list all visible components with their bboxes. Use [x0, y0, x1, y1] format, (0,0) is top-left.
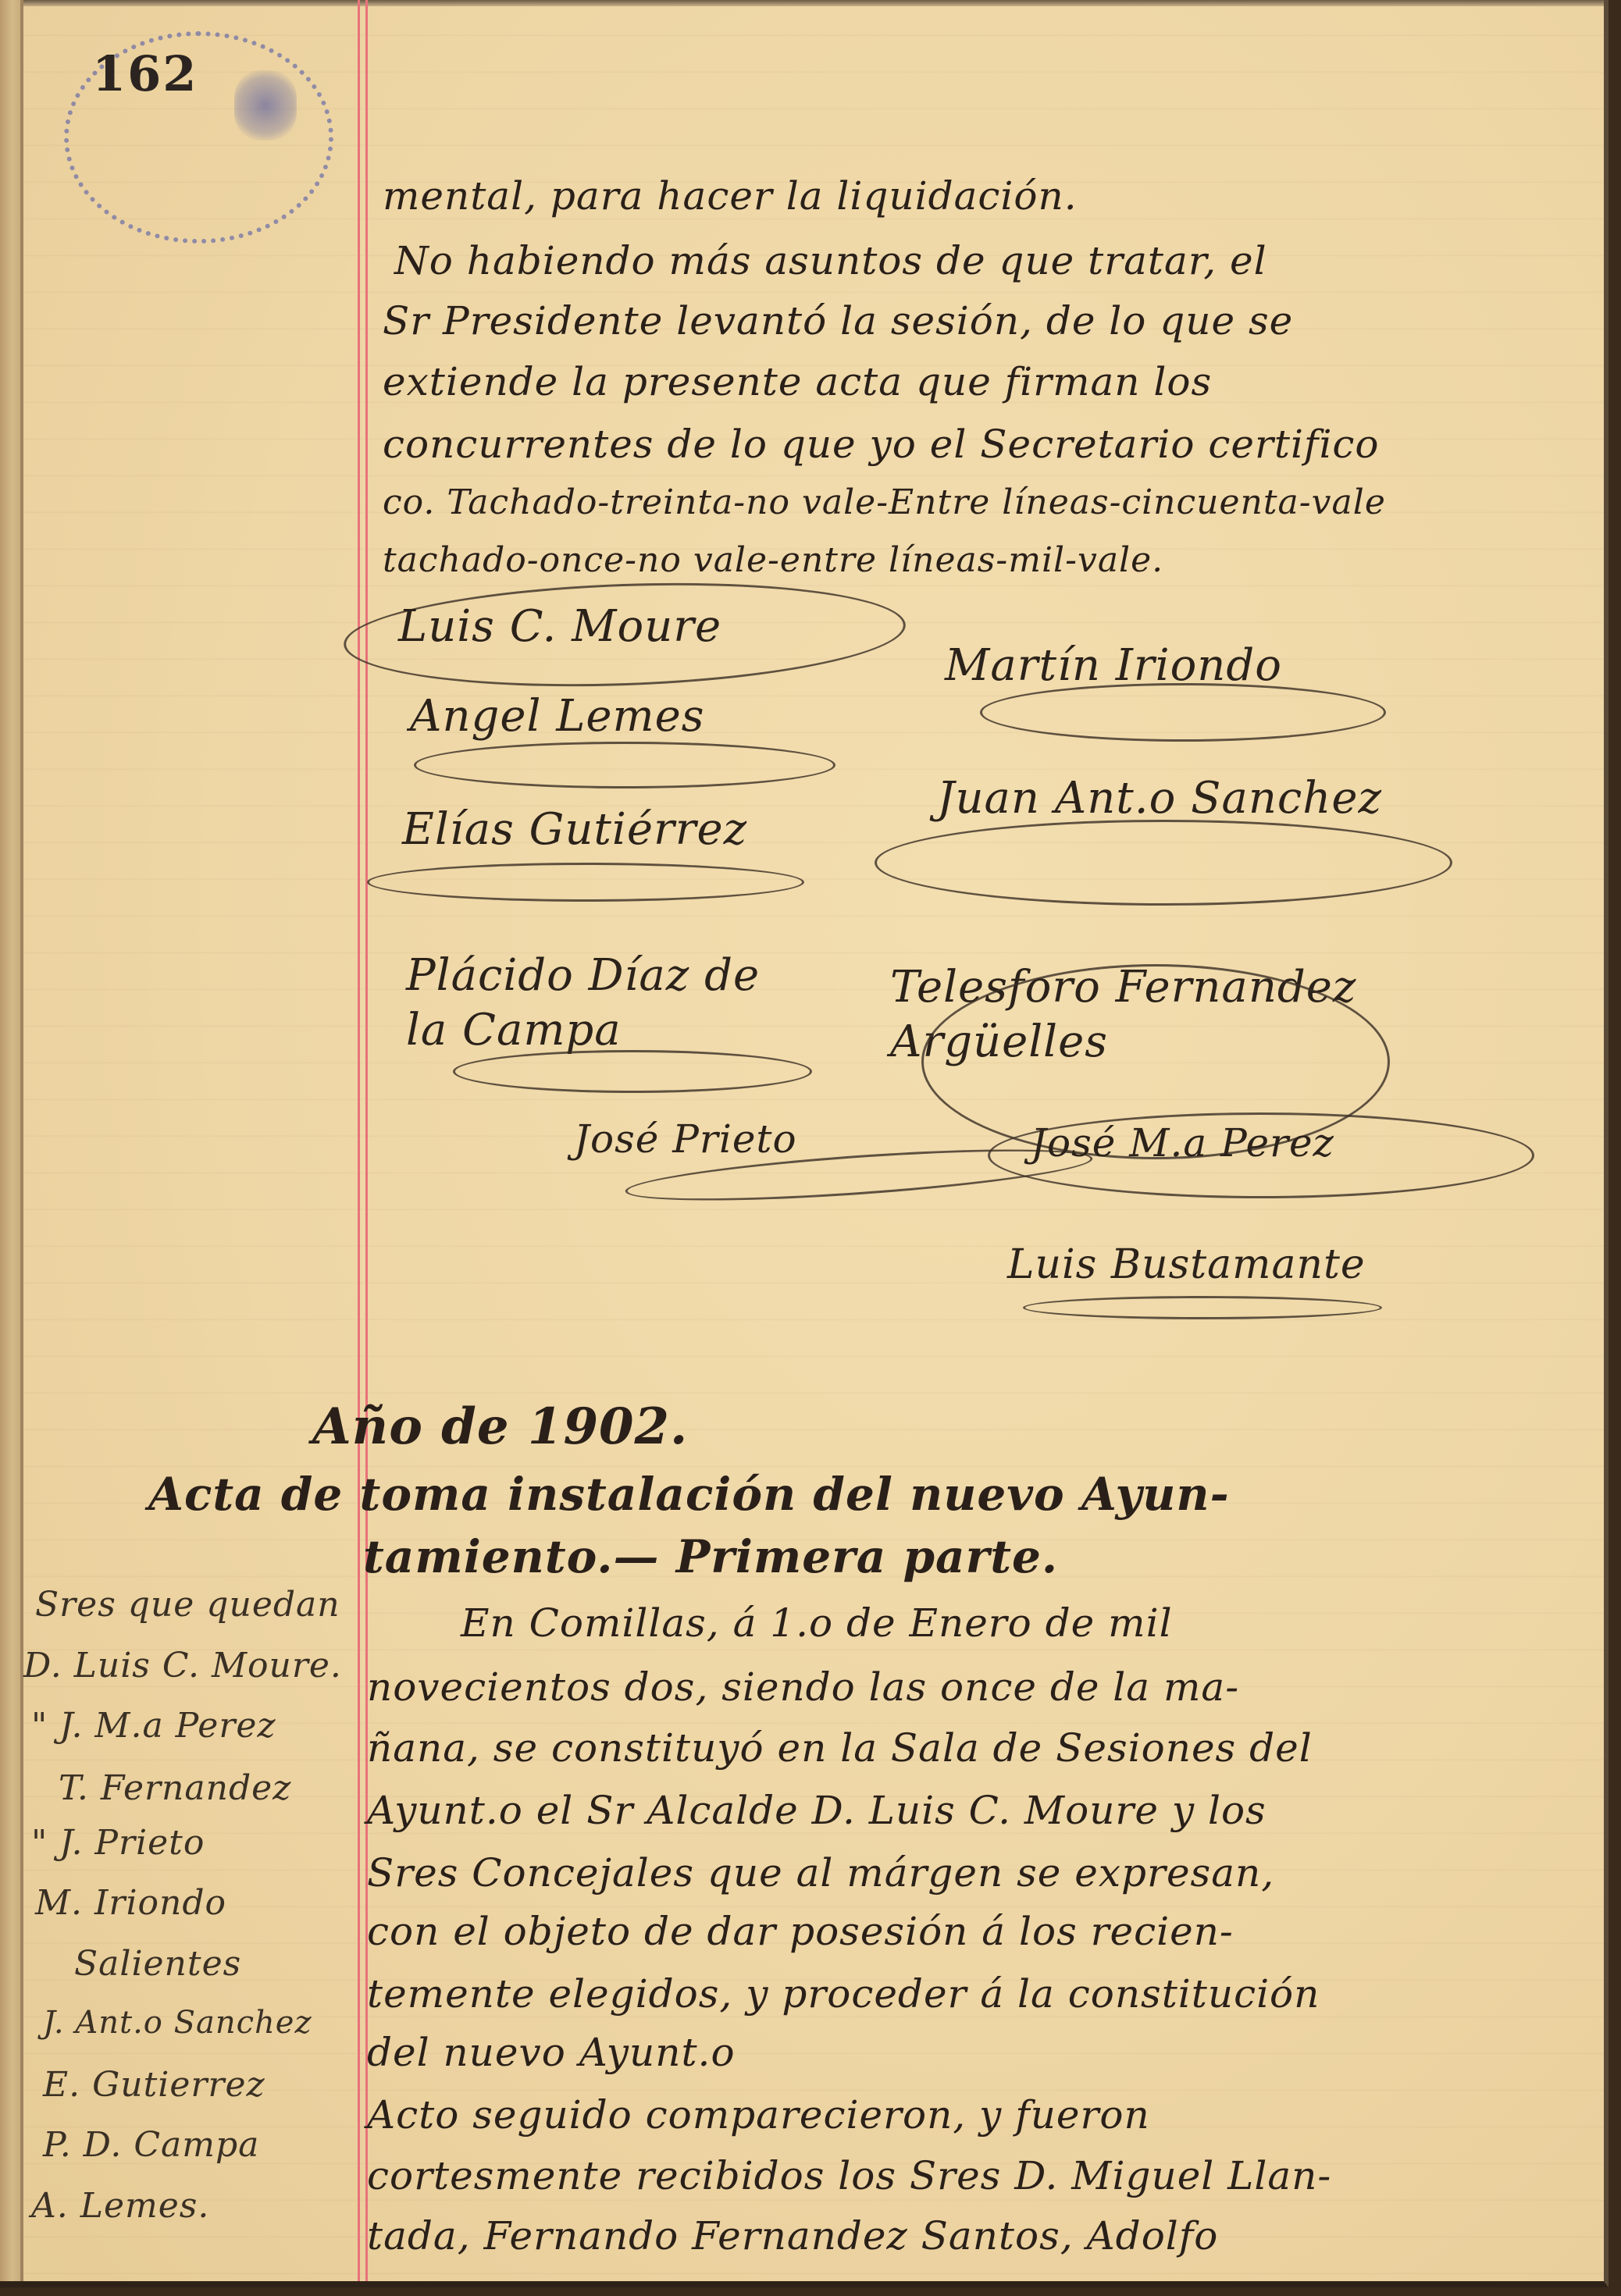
year-heading: Año de 1902.: [312, 1397, 688, 1456]
book-binding-edge: [0, 0, 20, 2281]
margin-heading: Sres que quedan: [35, 1585, 340, 1625]
signature-flourish: [988, 1112, 1534, 1198]
signature: Elías Gutiérrez: [402, 804, 747, 855]
text-line: co. Tachado-treinta-no vale-Entre líneas…: [383, 482, 1386, 522]
text-line: del nuevo Ayunt.o: [367, 2030, 736, 2075]
text-line: Sr Presidente levantó la sesión, de lo q…: [383, 298, 1293, 344]
text-line: Acto seguido comparecieron, y fueron: [367, 2092, 1150, 2138]
signature: Angel Lemes: [410, 691, 705, 742]
text-line: temente elegidos, y proceder á la consti…: [367, 1971, 1320, 2017]
manuscript-page: 162 mental, para hacer la liquidación. N…: [0, 0, 1609, 2287]
signature-flourish: [980, 683, 1386, 742]
text-line: cortesmente recibidos los Sres D. Miguel…: [367, 2153, 1331, 2198]
margin-entry: A. Lemes.: [31, 2186, 209, 2226]
text-line: extiende la presente acta que firman los: [383, 359, 1212, 404]
signature: José Prieto: [574, 1116, 797, 1162]
minutes-title: tamiento.— Primera parte.: [363, 1530, 1058, 1583]
signature-flourish: [367, 863, 804, 902]
text-line: En Comillas, á 1.o de Enero de mil: [461, 1600, 1173, 1646]
text-line: Ayunt.o el Sr Alcalde D. Luis C. Moure y…: [367, 1788, 1267, 1833]
folio-number: 162: [92, 45, 198, 102]
page-top-edge: [0, 0, 1604, 6]
text-line: Sres Concejales que al márgen se expresa…: [367, 1850, 1274, 1896]
signature: Luis Bustamante: [1007, 1241, 1366, 1288]
margin-entry: D. Luis C. Moure.: [23, 1646, 342, 1686]
margin-entry: " J. Prieto: [31, 1823, 205, 1863]
text-line: tada, Fernando Fernandez Santos, Adolfo: [367, 2213, 1218, 2259]
seal-emblem-icon: [234, 70, 297, 141]
binding-rule-line: [20, 0, 23, 2281]
signature: Juan Ant.o Sanchez: [937, 773, 1382, 824]
margin-entry: " J. M.a Perez: [31, 1706, 276, 1746]
signature: Plácido Díaz de la Campa: [406, 949, 812, 1058]
signature-flourish: [875, 820, 1452, 906]
margin-entry: M. Iriondo: [35, 1883, 226, 1923]
signature: Luis C. Moure: [398, 601, 721, 652]
text-line: ñana, se constituyó en la Sala de Sesion…: [367, 1725, 1313, 1771]
signature-flourish: [414, 742, 835, 788]
text-line: concurrentes de lo que yo el Secretario …: [383, 422, 1380, 467]
margin-entry: P. D. Campa: [43, 2125, 259, 2165]
text-line: No habiendo más asuntos de que tratar, e…: [394, 238, 1267, 283]
margin-section-label: Salientes: [74, 1944, 241, 1984]
margin-entry: T. Fernandez: [59, 1768, 291, 1808]
signature-flourish: [453, 1050, 812, 1093]
signature-flourish: [1023, 1296, 1382, 1319]
minutes-title: Acta de toma instalación del nuevo Ayun-: [148, 1468, 1230, 1521]
text-line: tachado-once-no vale-entre líneas-mil-va…: [383, 540, 1163, 580]
text-line: novecientos dos, siendo las once de la m…: [367, 1664, 1239, 1710]
margin-entry: J. Ant.o Sanchez: [43, 2005, 312, 2041]
text-line: mental, para hacer la liquidación.: [383, 173, 1078, 219]
margin-entry: E. Gutierrez: [43, 2065, 265, 2105]
text-line: con el objeto de dar posesión á los reci…: [367, 1909, 1234, 1954]
margin-rule-line-left: [358, 0, 360, 2281]
